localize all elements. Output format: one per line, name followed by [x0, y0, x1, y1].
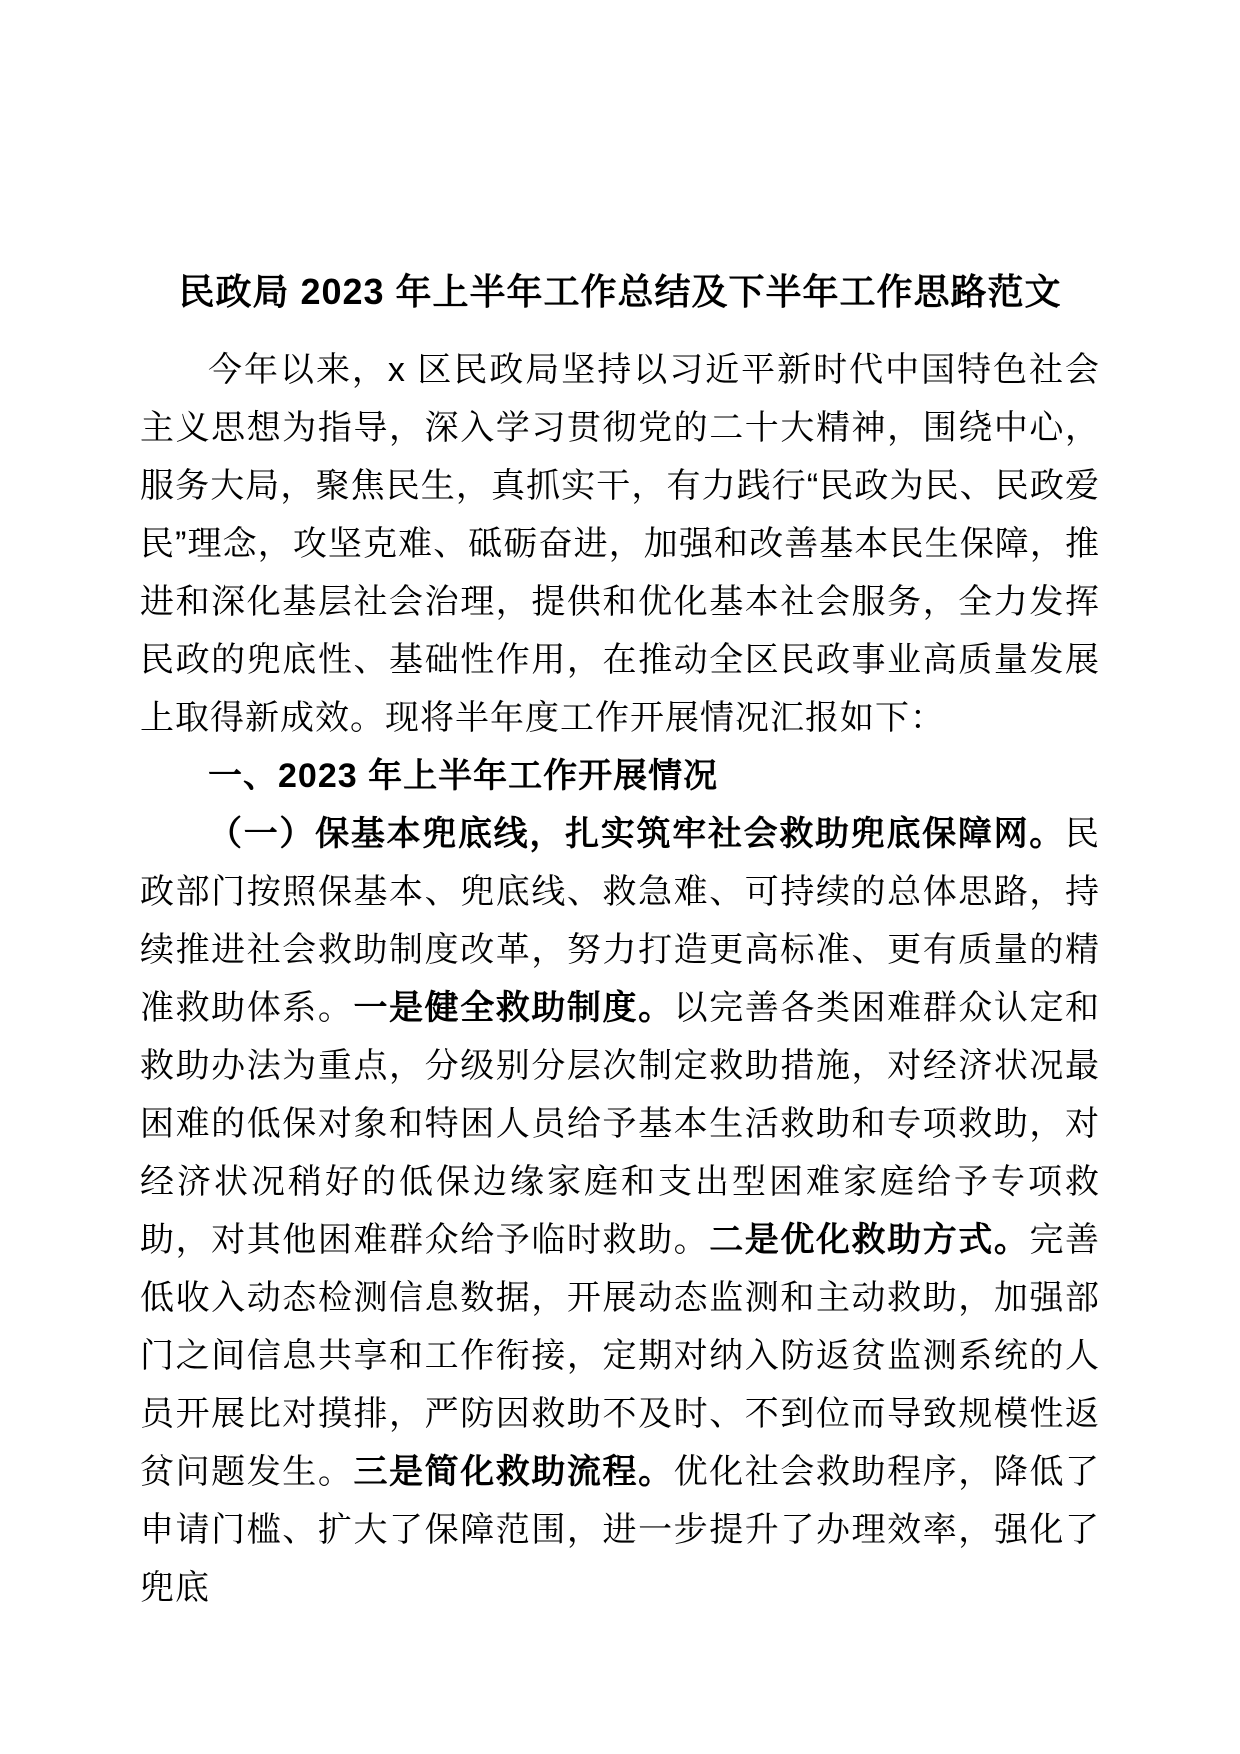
body-paragraph: （一）保基本兜底线，扎实筑牢社会救助兜底保障网。民政部门按照保基本、兜底线、救急…: [140, 805, 1100, 1617]
bold-text-run: （一）保基本兜底线，扎实筑牢社会救助兜底保障网。: [208, 815, 1065, 853]
document-body: 今年以来，x 区民政局坚持以习近平新时代中国特色社会主义思想为指导，深入学习贯彻…: [140, 341, 1100, 1617]
bold-text-run: 一、2023 年上半年工作开展情况: [208, 757, 718, 795]
section-heading: 一、2023 年上半年工作开展情况: [140, 747, 1100, 805]
text-run: 今年以来，x 区民政局坚持以习近平新时代中国特色社会主义思想为指导，深入学习贯彻…: [140, 351, 1100, 737]
bold-text-run: 二是优化救助方式。: [709, 1221, 1029, 1259]
document-page: 民政局 2023 年上半年工作总结及下半年工作思路范文 今年以来，x 区民政局坚…: [0, 0, 1240, 1754]
bold-text-run: 一是健全救助制度。: [353, 989, 673, 1027]
text-run: 完善低收入动态检测信息数据，开展动态监测和主动救助，加强部门之间信息共享和工作衔…: [140, 1221, 1100, 1491]
body-paragraph: 今年以来，x 区民政局坚持以习近平新时代中国特色社会主义思想为指导，深入学习贯彻…: [140, 341, 1100, 747]
text-run: 以完善各类困难群众认定和救助办法为重点，分级别分层次制定救助措施，对经济状况最困…: [140, 989, 1100, 1259]
bold-text-run: 三是简化救助流程。: [353, 1453, 673, 1491]
document-title: 民政局 2023 年上半年工作总结及下半年工作思路范文: [140, 263, 1100, 321]
